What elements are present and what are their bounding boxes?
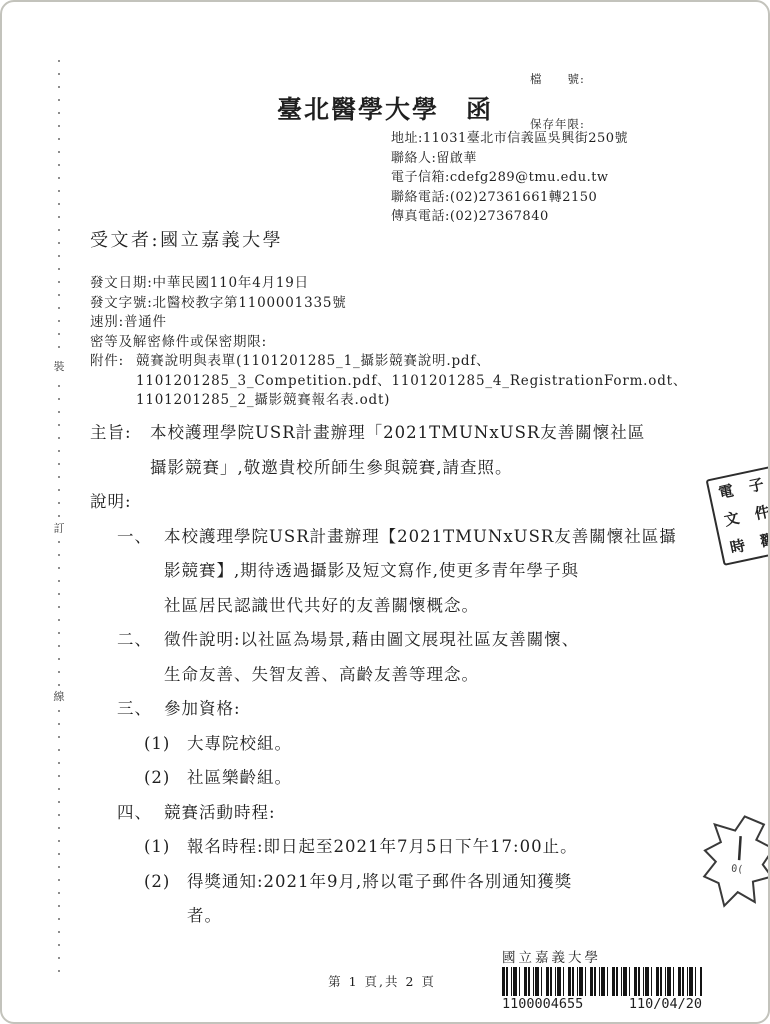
schedule-subitem-1: (1) 報名時程:即日起至2021年7月5日下午17:00止。 — [144, 830, 710, 865]
explanation-label: 說明: — [90, 485, 710, 520]
binding-mark-zhuang: 裝 — [51, 356, 67, 376]
explanation-item-2: 二、 徵件說明:以社區為場景,藉由圖文展現社區友善關懷、 生命友善、失智友善、高… — [117, 623, 710, 692]
recipient-line: 受文者:國立嘉義大學 — [90, 226, 283, 252]
item-line: 徵件說明:以社區為場景,藉由圖文展現社區友善關懷、 — [164, 623, 710, 658]
eligibility-subitem-2: (2) 社區樂齡組。 — [144, 761, 710, 796]
explanation-item-3: 三、 參加資格: — [117, 692, 710, 727]
speed-class: 速別:普通件 — [90, 313, 687, 333]
sender-phone: 聯絡電話:(02)27361661轉2150 — [391, 188, 628, 208]
explanation-item-4: 四、 競賽活動時程: — [117, 796, 710, 831]
subject-line: 攝影競賽」,敬邀貴校所師生參與競賽,請查照。 — [150, 451, 710, 486]
item-marker: (2) — [144, 865, 170, 900]
stamp-char: 子 — [746, 472, 766, 499]
attachment-label: 附件: — [90, 352, 136, 411]
document-page: 裝 訂 線 檔 號: 保存年限: 臺北醫學大學 函 地址:11031臺北市信義區… — [0, 0, 770, 1024]
stamp-char: 文 — [722, 506, 742, 533]
schedule-subitem-2: (2) 得獎通知:2021年9月,將以電子郵件各別通知獲獎 者。 — [144, 865, 710, 934]
item-marker: 一、 — [117, 520, 152, 555]
item-line: 者。 — [187, 899, 710, 934]
item-marker: (1) — [144, 830, 170, 865]
electronic-timestamp-stamp: 電 子 文 件 時 戳 — [706, 466, 770, 566]
item-line: 社區樂齡組。 — [187, 761, 710, 796]
barcode-agency-name: 國立嘉義大學 — [502, 946, 702, 966]
item-marker: 四、 — [117, 796, 152, 831]
receipt-barcode-block: 國立嘉義大學 1100004655 110/04/20 — [502, 946, 702, 1012]
eligibility-subitem-1: (1) 大專院校組。 — [144, 727, 710, 762]
doc-number: 發文字號:北醫校教字第1100001335號 — [90, 294, 687, 314]
issue-date: 發文日期:中華民國110年4月19日 — [90, 274, 687, 294]
meta-block: 發文日期:中華民國110年4月19日 發文字號:北醫校教字第1100001335… — [90, 274, 687, 411]
item-line: 本校護理學院USR計畫辦理【2021TMUNxUSR友善關懷社區攝 — [164, 520, 710, 555]
attachment-line: 1101201285_3_Competition.pdf、1101201285_… — [136, 372, 687, 392]
item-line: 生命友善、失智友善、高齡友善等理念。 — [164, 658, 710, 693]
security-class: 密等及解密條件或保密期限: — [90, 333, 687, 353]
attachment-line: 競賽說明與表單(1101201285_1_攝影競賽說明.pdf、 — [136, 352, 687, 372]
barcode-icon — [502, 967, 702, 996]
barcode-numbers: 1100004655 110/04/20 — [502, 996, 702, 1012]
item-line: 社區居民認識世代共好的友善關懷概念。 — [164, 589, 710, 624]
stamp-char: 件 — [752, 499, 770, 526]
sender-address: 地址:11031臺北市信義區吳興街250號 — [391, 129, 628, 149]
item-marker: 三、 — [117, 692, 152, 727]
item-line: 報名時程:即日起至2021年7月5日下午17:00止。 — [187, 830, 710, 865]
sender-contact: 聯絡人:留啟華 — [391, 149, 628, 169]
explanation-item-1: 一、 本校護理學院USR計畫辦理【2021TMUNxUSR友善關懷社區攝 影競賽… — [117, 520, 710, 624]
sender-info-block: 地址:11031臺北市信義區吳興街250號 聯絡人:留啟華 電子信箱:cdefg… — [391, 129, 628, 227]
subject-paragraph: 主旨: 本校護理學院USR計畫辦理「2021TMUNxUSR友善關懷社區 攝影競… — [90, 416, 710, 485]
item-line: 參加資格: — [164, 692, 710, 727]
page-number: 第 1 頁,共 2 頁 — [302, 972, 462, 990]
barcode-date: 110/04/20 — [629, 996, 702, 1012]
item-line: 得獎通知:2021年9月,將以電子郵件各別通知獲獎 — [187, 865, 710, 900]
item-line: 影競賽】,期待透過攝影及短文寫作,使更多青年學子與 — [164, 554, 710, 589]
item-marker: (2) — [144, 761, 170, 796]
barcode-number: 1100004655 — [502, 996, 583, 1012]
subject-line: 本校護理學院USR計畫辦理「2021TMUNxUSR友善關懷社區 — [150, 416, 710, 451]
item-marker: 二、 — [117, 623, 152, 658]
attachment-line: 1101201285_2_攝影競賽報名表.odt) — [136, 391, 687, 411]
crumpled-seal-mark: 0( — [697, 809, 770, 914]
binding-mark-xian: 線 — [51, 686, 67, 706]
sender-email: 電子信箱:cdefg289@tmu.edu.tw — [391, 168, 628, 188]
stamp-char: 時 — [728, 533, 748, 560]
attachment-list: 競賽說明與表單(1101201285_1_攝影競賽說明.pdf、 1101201… — [136, 352, 687, 411]
item-line: 競賽活動時程: — [164, 796, 710, 831]
document-title: 臺北醫學大學 函 — [2, 90, 768, 126]
sender-fax: 傳真電話:(02)27367840 — [391, 207, 628, 227]
binding-mark-ding: 訂 — [51, 518, 67, 538]
stamp-char: 電 — [716, 479, 736, 506]
file-number-label: 檔 號: — [530, 72, 585, 87]
crumple-text: 0( — [731, 863, 744, 875]
item-marker: (1) — [144, 727, 170, 762]
subject-label: 主旨: — [90, 416, 132, 451]
document-body: 主旨: 本校護理學院USR計畫辦理「2021TMUNxUSR友善關懷社區 攝影競… — [90, 416, 710, 934]
attachment-block: 附件: 競賽說明與表單(1101201285_1_攝影競賽說明.pdf、 110… — [90, 352, 687, 411]
stamp-char: 戳 — [758, 527, 770, 554]
item-line: 大專院校組。 — [187, 727, 710, 762]
